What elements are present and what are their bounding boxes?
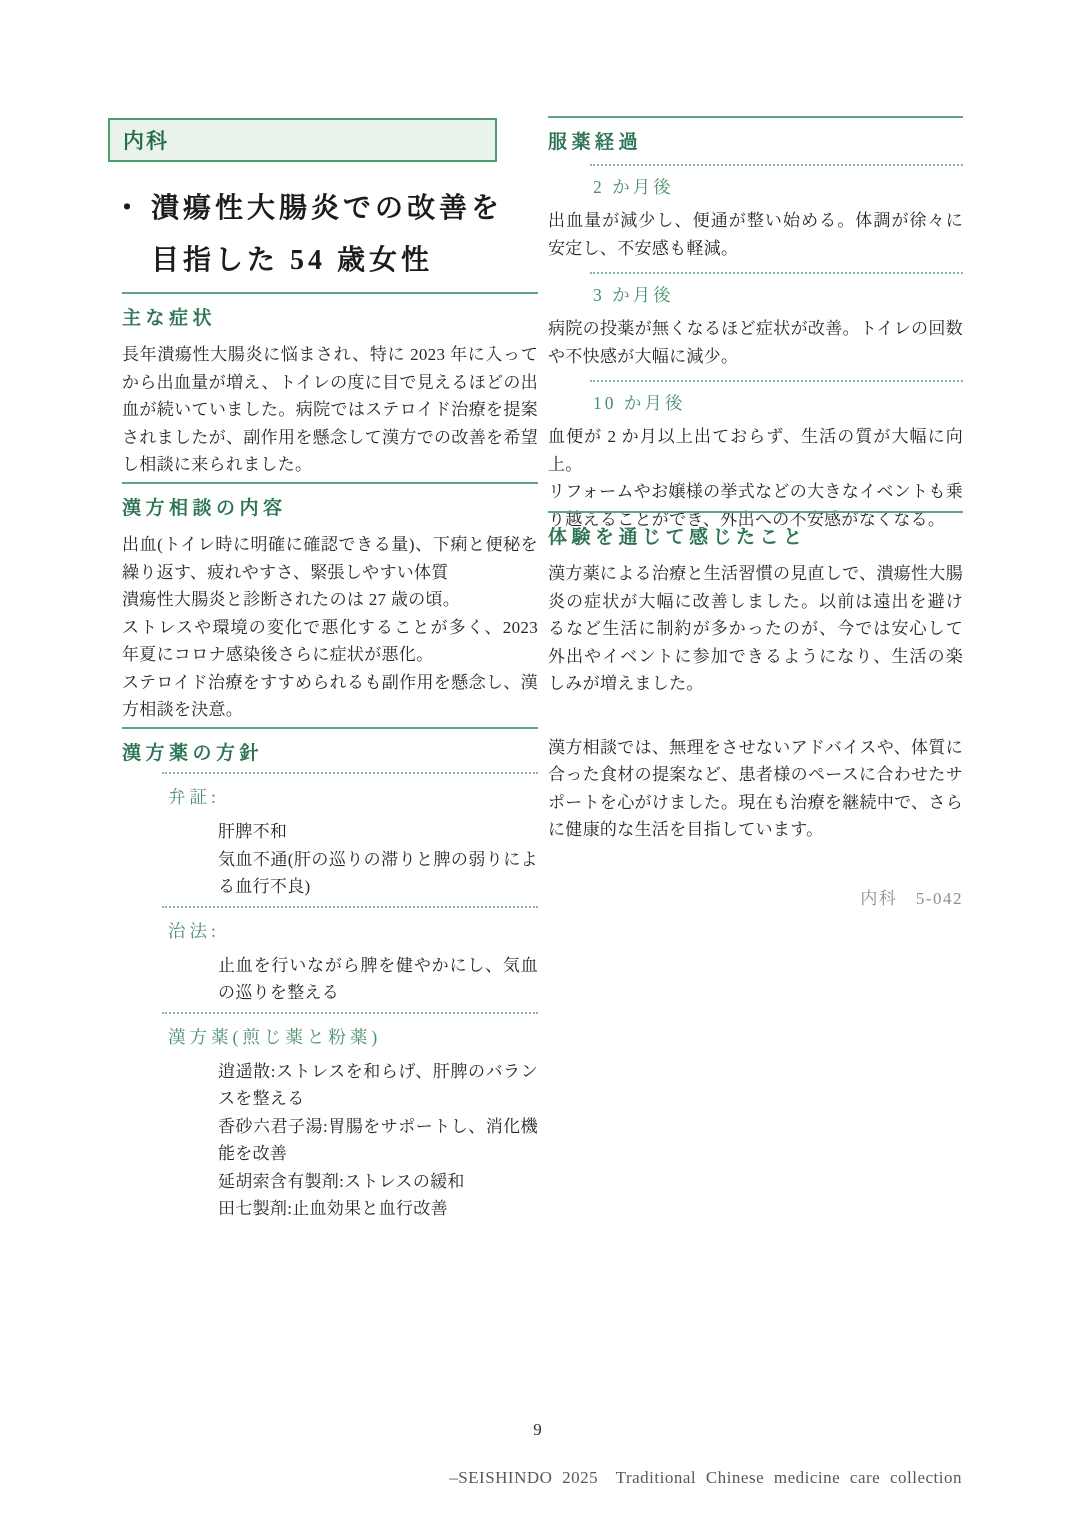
section-heading: 体験を通じて感じたこと — [548, 522, 963, 549]
subsection-items: 逍遥散:ストレスを和らげ、肝脾のバランスを整える 香砂六君子湯:胃腸をサポートし… — [218, 1058, 538, 1223]
category-badge: 内科 — [108, 118, 497, 162]
policy-item: 田七製剤:止血効果と血行改善 — [218, 1195, 538, 1223]
progress-period: 10 か月後 — [593, 390, 963, 415]
page-number: 9 — [0, 1420, 1075, 1440]
policy-item: 香砂六君子湯:胃腸をサポートし、消化機能を改善 — [218, 1113, 538, 1168]
dotted-divider — [162, 772, 538, 774]
reflection-paragraph: 漢方薬による治療と生活習慣の見直しで、潰瘍性大腸炎の症状が大幅に改善しました。以… — [548, 560, 963, 698]
section-reflection: 体験を通じて感じたこと 漢方薬による治療と生活習慣の見直しで、潰瘍性大腸炎の症状… — [548, 511, 963, 844]
subsection-items: 止血を行いながら脾を健やかにし、気血の巡りを整える — [218, 952, 538, 1007]
case-title: ・ 潰瘍性大腸炎での改善を 目指した 54 歳女性 — [113, 183, 543, 287]
progress-entry: 3 か月後 病院の投薬が無くなるほど症状が改善。トイレの回数や不快感が大幅に減少… — [548, 272, 963, 370]
dotted-divider — [590, 272, 963, 274]
section-medication-progress: 服薬経過 2 か月後 出血量が減少し、便通が整い始める。体調が徐々に安定し、不安… — [548, 116, 963, 533]
reflection-paragraph: 漢方相談では、無理をさせないアドバイスや、体質に合った食材の提案など、患者様のペ… — [548, 734, 963, 844]
title-line-2: 目指した 54 歳女性 — [151, 235, 543, 287]
policy-item: 気血不通(肝の巡りの滞りと脾の弱りによる血行不良) — [218, 846, 538, 901]
subsection-items: 肝脾不和 気血不通(肝の巡りの滞りと脾の弱りによる血行不良) — [218, 818, 538, 901]
subsection-bensho: 弁証: 肝脾不和 気血不通(肝の巡りの滞りと脾の弱りによる血行不良) — [122, 772, 538, 901]
category-label: 内科 — [123, 125, 169, 155]
title-line-1: 潰瘍性大腸炎での改善を — [151, 183, 503, 235]
progress-text: 病院の投薬が無くなるほど症状が改善。トイレの回数や不快感が大幅に減少。 — [548, 315, 963, 370]
section-heading: 漢方相談の内容 — [122, 493, 538, 520]
section-kampo-policy: 漢方薬の方針 弁証: 肝脾不和 気血不通(肝の巡りの滞りと脾の弱りによる血行不良… — [122, 727, 538, 1223]
consultation-body: 出血(トイレ時に明確に確認できる量)、下痢と便秘を繰り返す、疲れやすさ、緊張しや… — [122, 531, 538, 724]
section-heading: 漢方薬の方針 — [122, 738, 538, 765]
policy-item: 肝脾不和 — [218, 818, 538, 846]
subsection-label: 漢方薬(煎じ薬と粉薬) — [168, 1024, 538, 1049]
progress-period: 2 か月後 — [593, 174, 963, 199]
title-bullet: ・ — [113, 183, 151, 235]
footer-credit: –SEISHINDO 2025 Traditional Chinese medi… — [449, 1463, 962, 1488]
policy-item: 逍遥散:ストレスを和らげ、肝脾のバランスを整える — [218, 1058, 538, 1113]
policy-item: 止血を行いながら脾を健やかにし、気血の巡りを整える — [218, 952, 538, 1007]
dotted-divider — [590, 164, 963, 166]
subsection-label: 治法: — [168, 918, 538, 943]
section-heading: 服薬経過 — [548, 127, 963, 154]
policy-item: 延胡索含有製剤:ストレスの緩和 — [218, 1168, 538, 1196]
progress-period: 3 か月後 — [593, 282, 963, 307]
section-consultation: 漢方相談の内容 出血(トイレ時に明確に確認できる量)、下痢と便秘を繰り返す、疲れ… — [122, 482, 538, 724]
dotted-divider — [162, 1012, 538, 1014]
subsection-label: 弁証: — [168, 784, 538, 809]
section-heading: 主な症状 — [122, 303, 538, 330]
progress-text: 出血量が減少し、便通が整い始める。体調が徐々に安定し、不安感も軽減。 — [548, 207, 963, 262]
subsection-chiho: 治法: 止血を行いながら脾を健やかにし、気血の巡りを整える — [122, 906, 538, 1007]
section-main-symptoms: 主な症状 長年潰瘍性大腸炎に悩まされ、特に 2023 年に入ってから出血量が増え… — [122, 292, 538, 479]
subsection-kampo-list: 漢方薬(煎じ薬と粉薬) 逍遥散:ストレスを和らげ、肝脾のバランスを整える 香砂六… — [122, 1012, 538, 1223]
progress-entry: 2 か月後 出血量が減少し、便通が整い始める。体調が徐々に安定し、不安感も軽減。 — [548, 164, 963, 262]
symptoms-body: 長年潰瘍性大腸炎に悩まされ、特に 2023 年に入ってから出血量が増え、トイレの… — [122, 341, 538, 479]
dotted-divider — [162, 906, 538, 908]
case-reference: 内科 5-042 — [548, 884, 963, 909]
document-page: 内科 ・ 潰瘍性大腸炎での改善を 目指した 54 歳女性 主な症状 長年潰瘍性大… — [0, 0, 1075, 1518]
dotted-divider — [590, 380, 963, 382]
